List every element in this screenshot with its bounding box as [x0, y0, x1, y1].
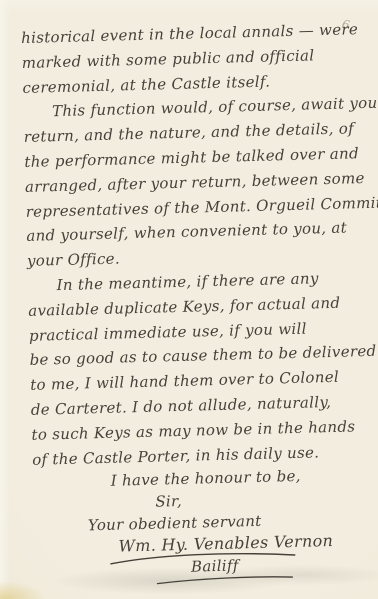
letter-page: 6 historical event in the local annals —… — [0, 0, 378, 599]
letter-body: historical event in the local annals — w… — [0, 0, 378, 583]
closing-block: I have the honour to be, Sir, Your obedi… — [33, 463, 378, 582]
